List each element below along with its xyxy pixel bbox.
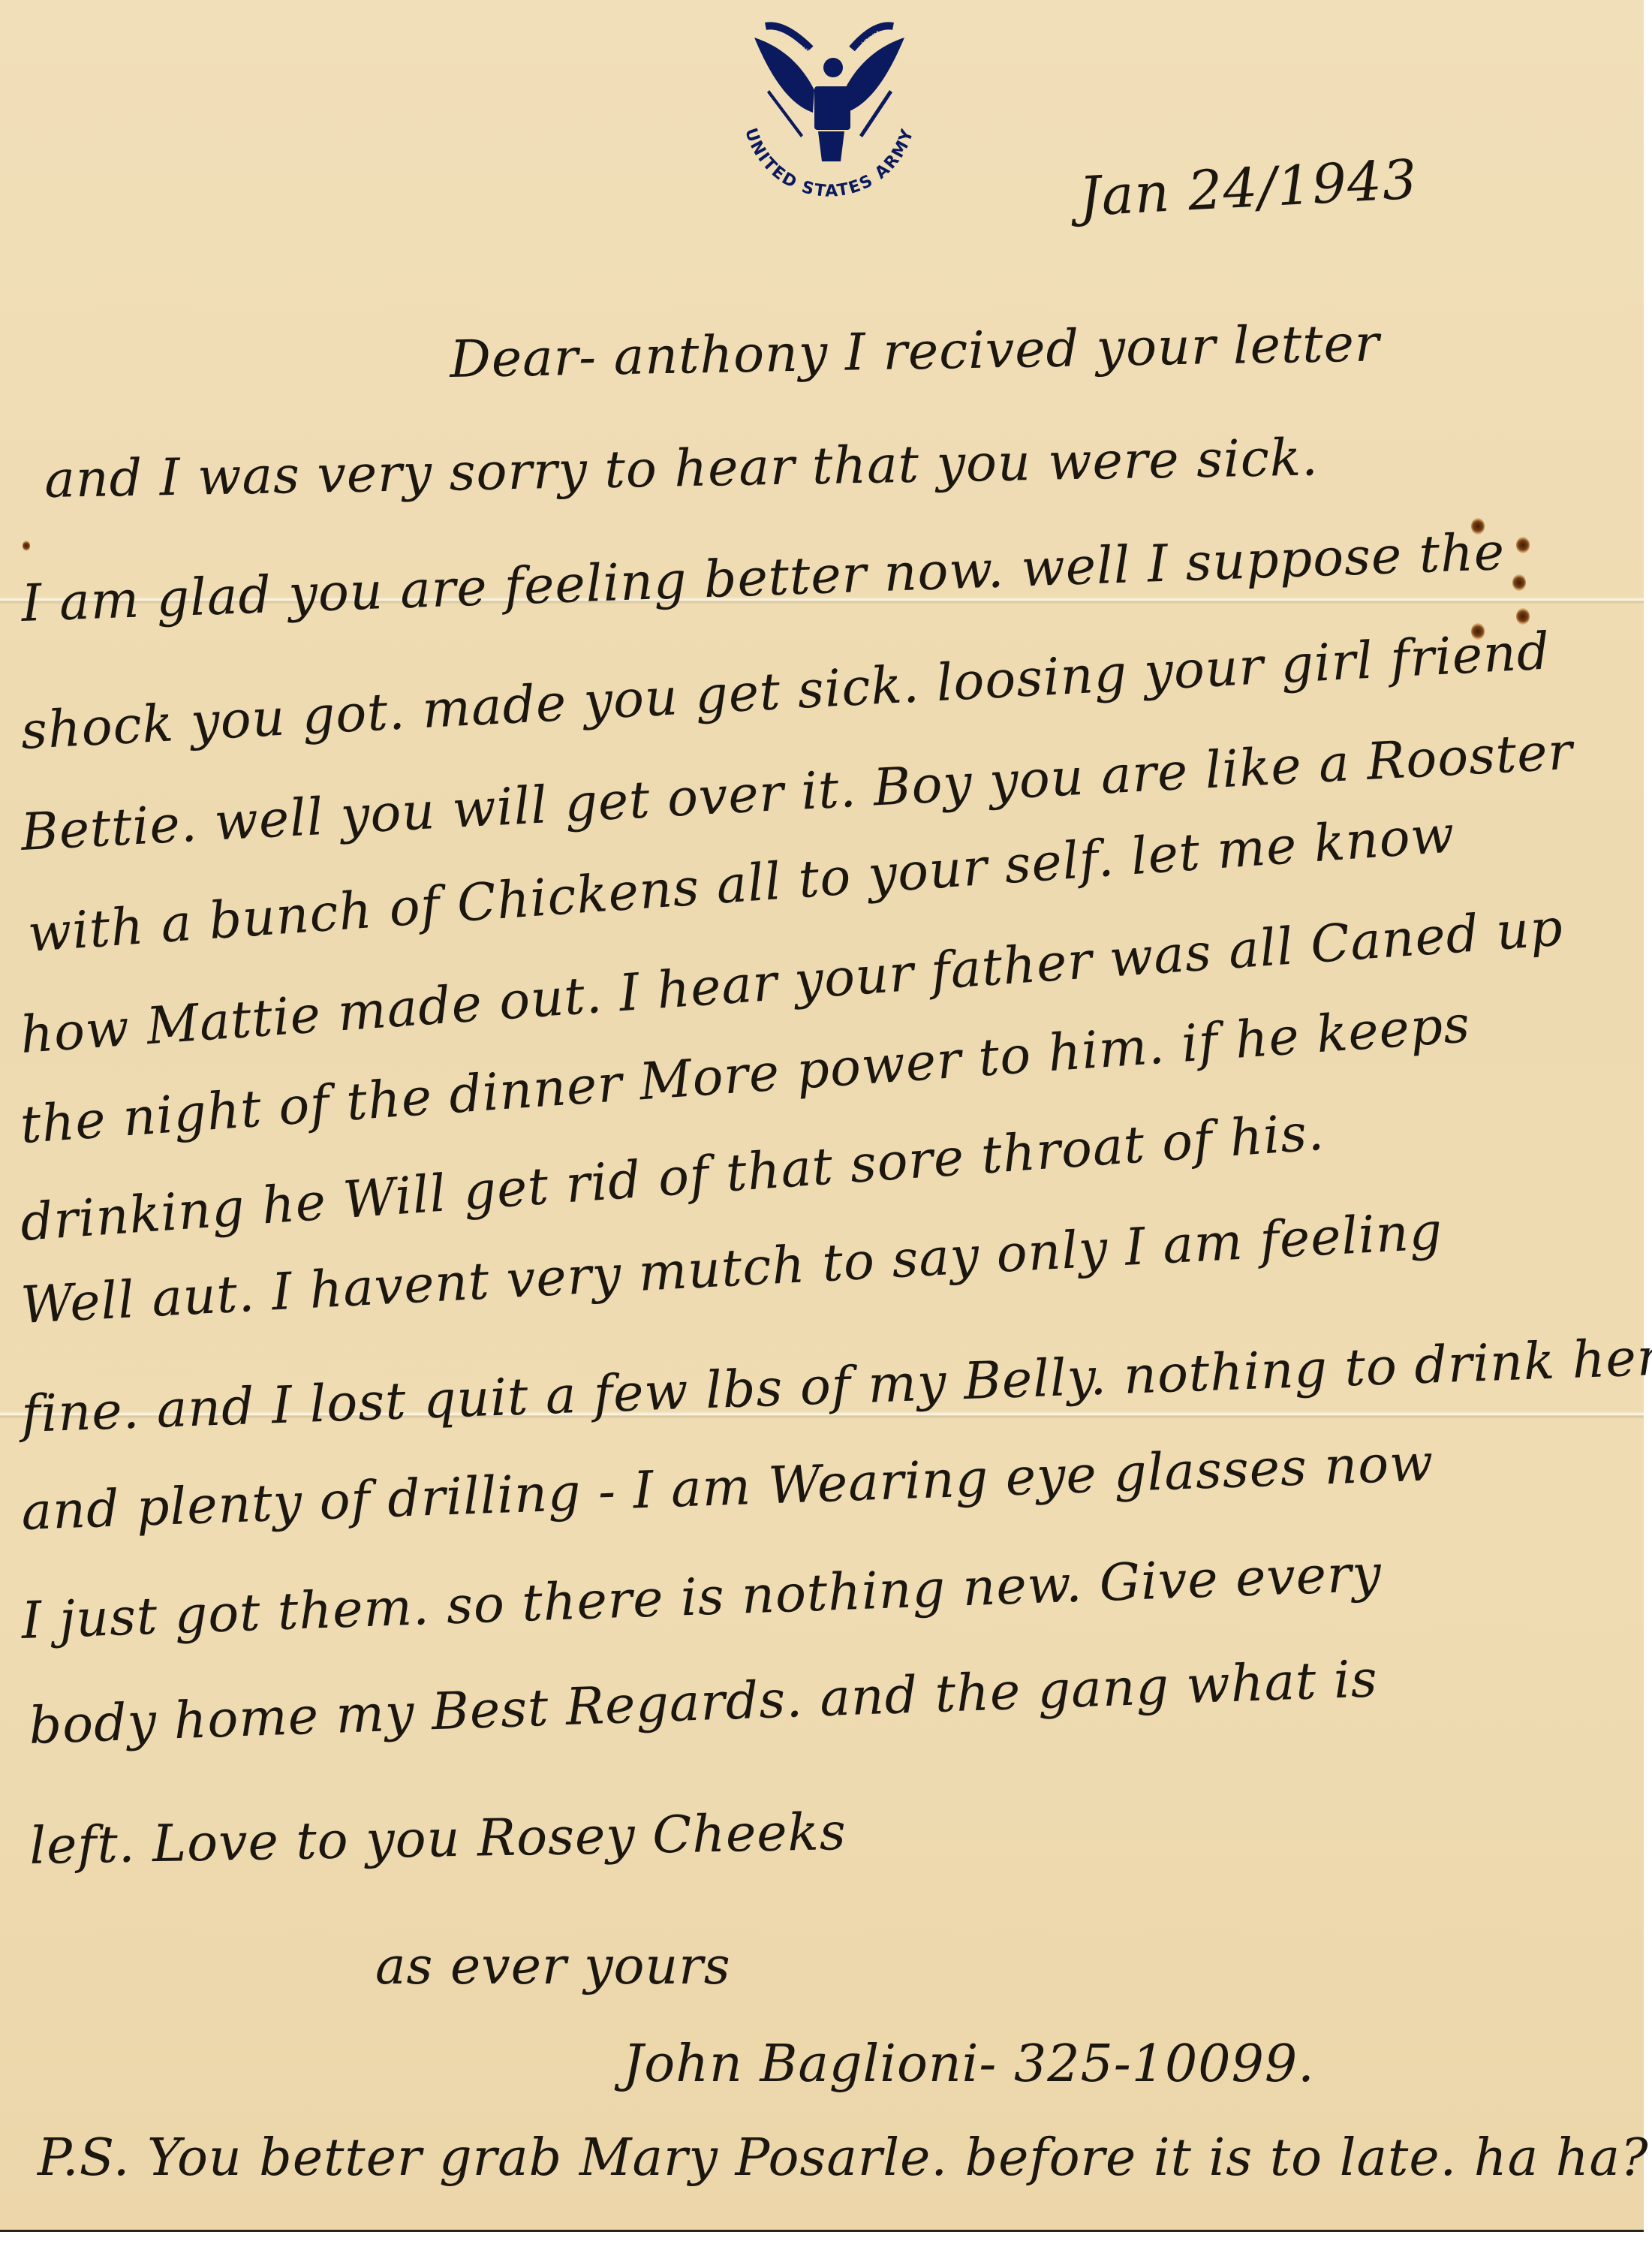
army-eagle-seal: E PLURIBUS UNUM UNITED STATES ARMY	[732, 8, 927, 203]
signature: John Baglioni- 325-10099.	[623, 2035, 1315, 2094]
letter-date: Jan 24/1943	[1078, 148, 1419, 228]
body-line: I am glad you are feeling better now. we…	[20, 523, 1506, 634]
body-line: and I was very sorry to hear that you we…	[44, 428, 1319, 510]
eagle-icon: E PLURIBUS UNUM UNITED STATES ARMY	[732, 8, 927, 203]
closing-line: as ever yours	[375, 1937, 731, 1996]
salutation-line: Dear- anthony I recived your letter	[450, 314, 1380, 390]
postscript: P.S. You better grab Mary Posarle. befor…	[38, 2128, 1649, 2188]
body-line: and plenty of drilling - I am Wearing ey…	[20, 1433, 1434, 1542]
letter-paper: E PLURIBUS UNUM UNITED STATES ARMY Jan 2…	[0, 0, 1644, 2232]
rust-hole	[1516, 608, 1530, 625]
body-line: fine. and I lost quit a few lbs of my Be…	[20, 1327, 1652, 1444]
body-line: left. Love to you Rosey Cheeks	[29, 1803, 847, 1876]
rust-hole	[23, 541, 30, 551]
rust-hole	[1512, 574, 1526, 591]
rust-hole	[1516, 537, 1530, 553]
body-line: I just got them. so there is nothing new…	[20, 1544, 1383, 1651]
body-line: body home my Best Regards. and the gang …	[28, 1649, 1379, 1756]
